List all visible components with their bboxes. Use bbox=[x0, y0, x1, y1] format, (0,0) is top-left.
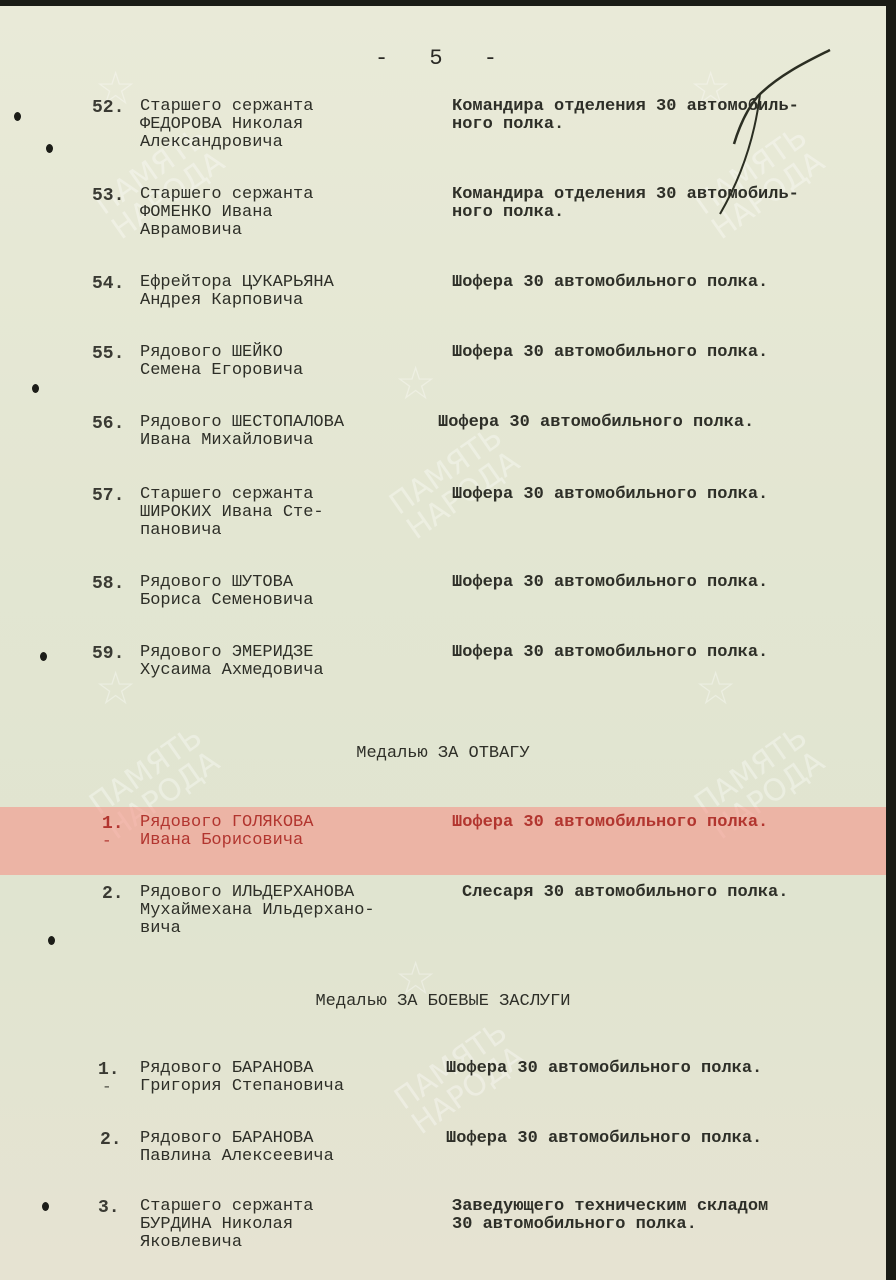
punch-hole bbox=[32, 384, 39, 393]
document-page: ☆ ПАМЯТЬ НАРОДА ☆ ПАМЯТЬ НАРОДА ☆ ПАМЯТЬ… bbox=[0, 6, 886, 1280]
entry-number: 56. bbox=[92, 414, 140, 434]
entry-position: Шофера 30 автомобильного полка. bbox=[452, 344, 872, 362]
entry-name: Рядового ШЕСТОПАЛОВА Ивана Михайловича bbox=[140, 414, 440, 450]
entry-position: Слесаря 30 автомобильного полка. bbox=[462, 884, 882, 902]
entry-position: Шофера 30 автомобильного полка. bbox=[452, 486, 872, 504]
entry-name: Рядового ШЕЙКО Семена Егоровича bbox=[140, 344, 440, 380]
entry-position: Шофера 30 автомобильного полка. bbox=[452, 644, 872, 662]
entry-number: 1. bbox=[98, 1060, 146, 1080]
watermark-star-icon: ☆ bbox=[695, 661, 736, 715]
entry-position: Командира отделения 30 автомобиль- ного … bbox=[452, 186, 872, 222]
entry-name: Рядового ЭМЕРИДЗЕ Хусаима Ахмедовича bbox=[140, 644, 440, 680]
entry-name: Рядового ШУТОВА Бориса Семеновича bbox=[140, 574, 440, 610]
entry-number: 3. bbox=[98, 1198, 146, 1218]
entry-name: Старшего сержанта ФЕДОРОВА Николая Алекс… bbox=[140, 98, 440, 152]
entry-position: Шофера 30 автомобильного полка. bbox=[446, 1060, 866, 1078]
entry-name: Рядового ГОЛЯКОВА Ивана Борисовича bbox=[140, 814, 440, 850]
entry-name: Старшего сержанта БУРДИНА Николая Яковле… bbox=[140, 1198, 440, 1252]
entry-number: 53. bbox=[92, 186, 140, 206]
entry-position: Шофера 30 автомобильного полка. bbox=[452, 814, 872, 832]
punch-hole bbox=[48, 936, 55, 945]
entry-name: Ефрейтора ЦУКАРЬЯНА Андрея Карповича bbox=[140, 274, 440, 310]
section-heading-merit: Медалью ЗА БОЕВЫЕ ЗАСЛУГИ bbox=[0, 992, 886, 1011]
watermark-star-icon: ☆ bbox=[95, 661, 136, 715]
entry-name: Старшего сержанта ФОМЕНКО Ивана Аврамови… bbox=[140, 186, 440, 240]
entry-position: Шофера 30 автомобильного полка. bbox=[438, 414, 858, 432]
entry-name: Рядового БАРАНОВА Григория Степановича bbox=[140, 1060, 440, 1096]
entry-number: 58. bbox=[92, 574, 140, 594]
punch-hole bbox=[14, 112, 21, 121]
entry-number: 54. bbox=[92, 274, 140, 294]
entry-name: Старшего сержанта ШИРОКИХ Ивана Сте- пан… bbox=[140, 486, 440, 540]
section-heading-bravery: Медалью ЗА ОТВАГУ bbox=[0, 744, 886, 763]
entry-position: Командира отделения 30 автомобиль- ного … bbox=[452, 98, 872, 134]
entry-position: Шофера 30 автомобильного полка. bbox=[452, 274, 872, 292]
dash-mark: - bbox=[102, 1078, 112, 1096]
entry-number: 55. bbox=[92, 344, 140, 364]
page-number: - 5 - bbox=[0, 46, 886, 71]
punch-hole bbox=[40, 652, 47, 661]
entry-number: 57. bbox=[92, 486, 140, 506]
entry-number: 59. bbox=[92, 644, 140, 664]
entry-position: Шофера 30 автомобильного полка. bbox=[446, 1130, 866, 1148]
entry-number: 52. bbox=[92, 98, 140, 118]
entry-position: Шофера 30 автомобильного полка. bbox=[452, 574, 872, 592]
entry-position: Заведующего техническим складом 30 автом… bbox=[452, 1198, 872, 1234]
punch-hole bbox=[42, 1202, 49, 1211]
entry-name: Рядового БАРАНОВА Павлина Алексеевича bbox=[140, 1130, 440, 1166]
dash-mark: - bbox=[102, 832, 112, 850]
entry-name: Рядового ИЛЬДЕРХАНОВА Мухаймехана Ильдер… bbox=[140, 884, 440, 938]
punch-hole bbox=[46, 144, 53, 153]
